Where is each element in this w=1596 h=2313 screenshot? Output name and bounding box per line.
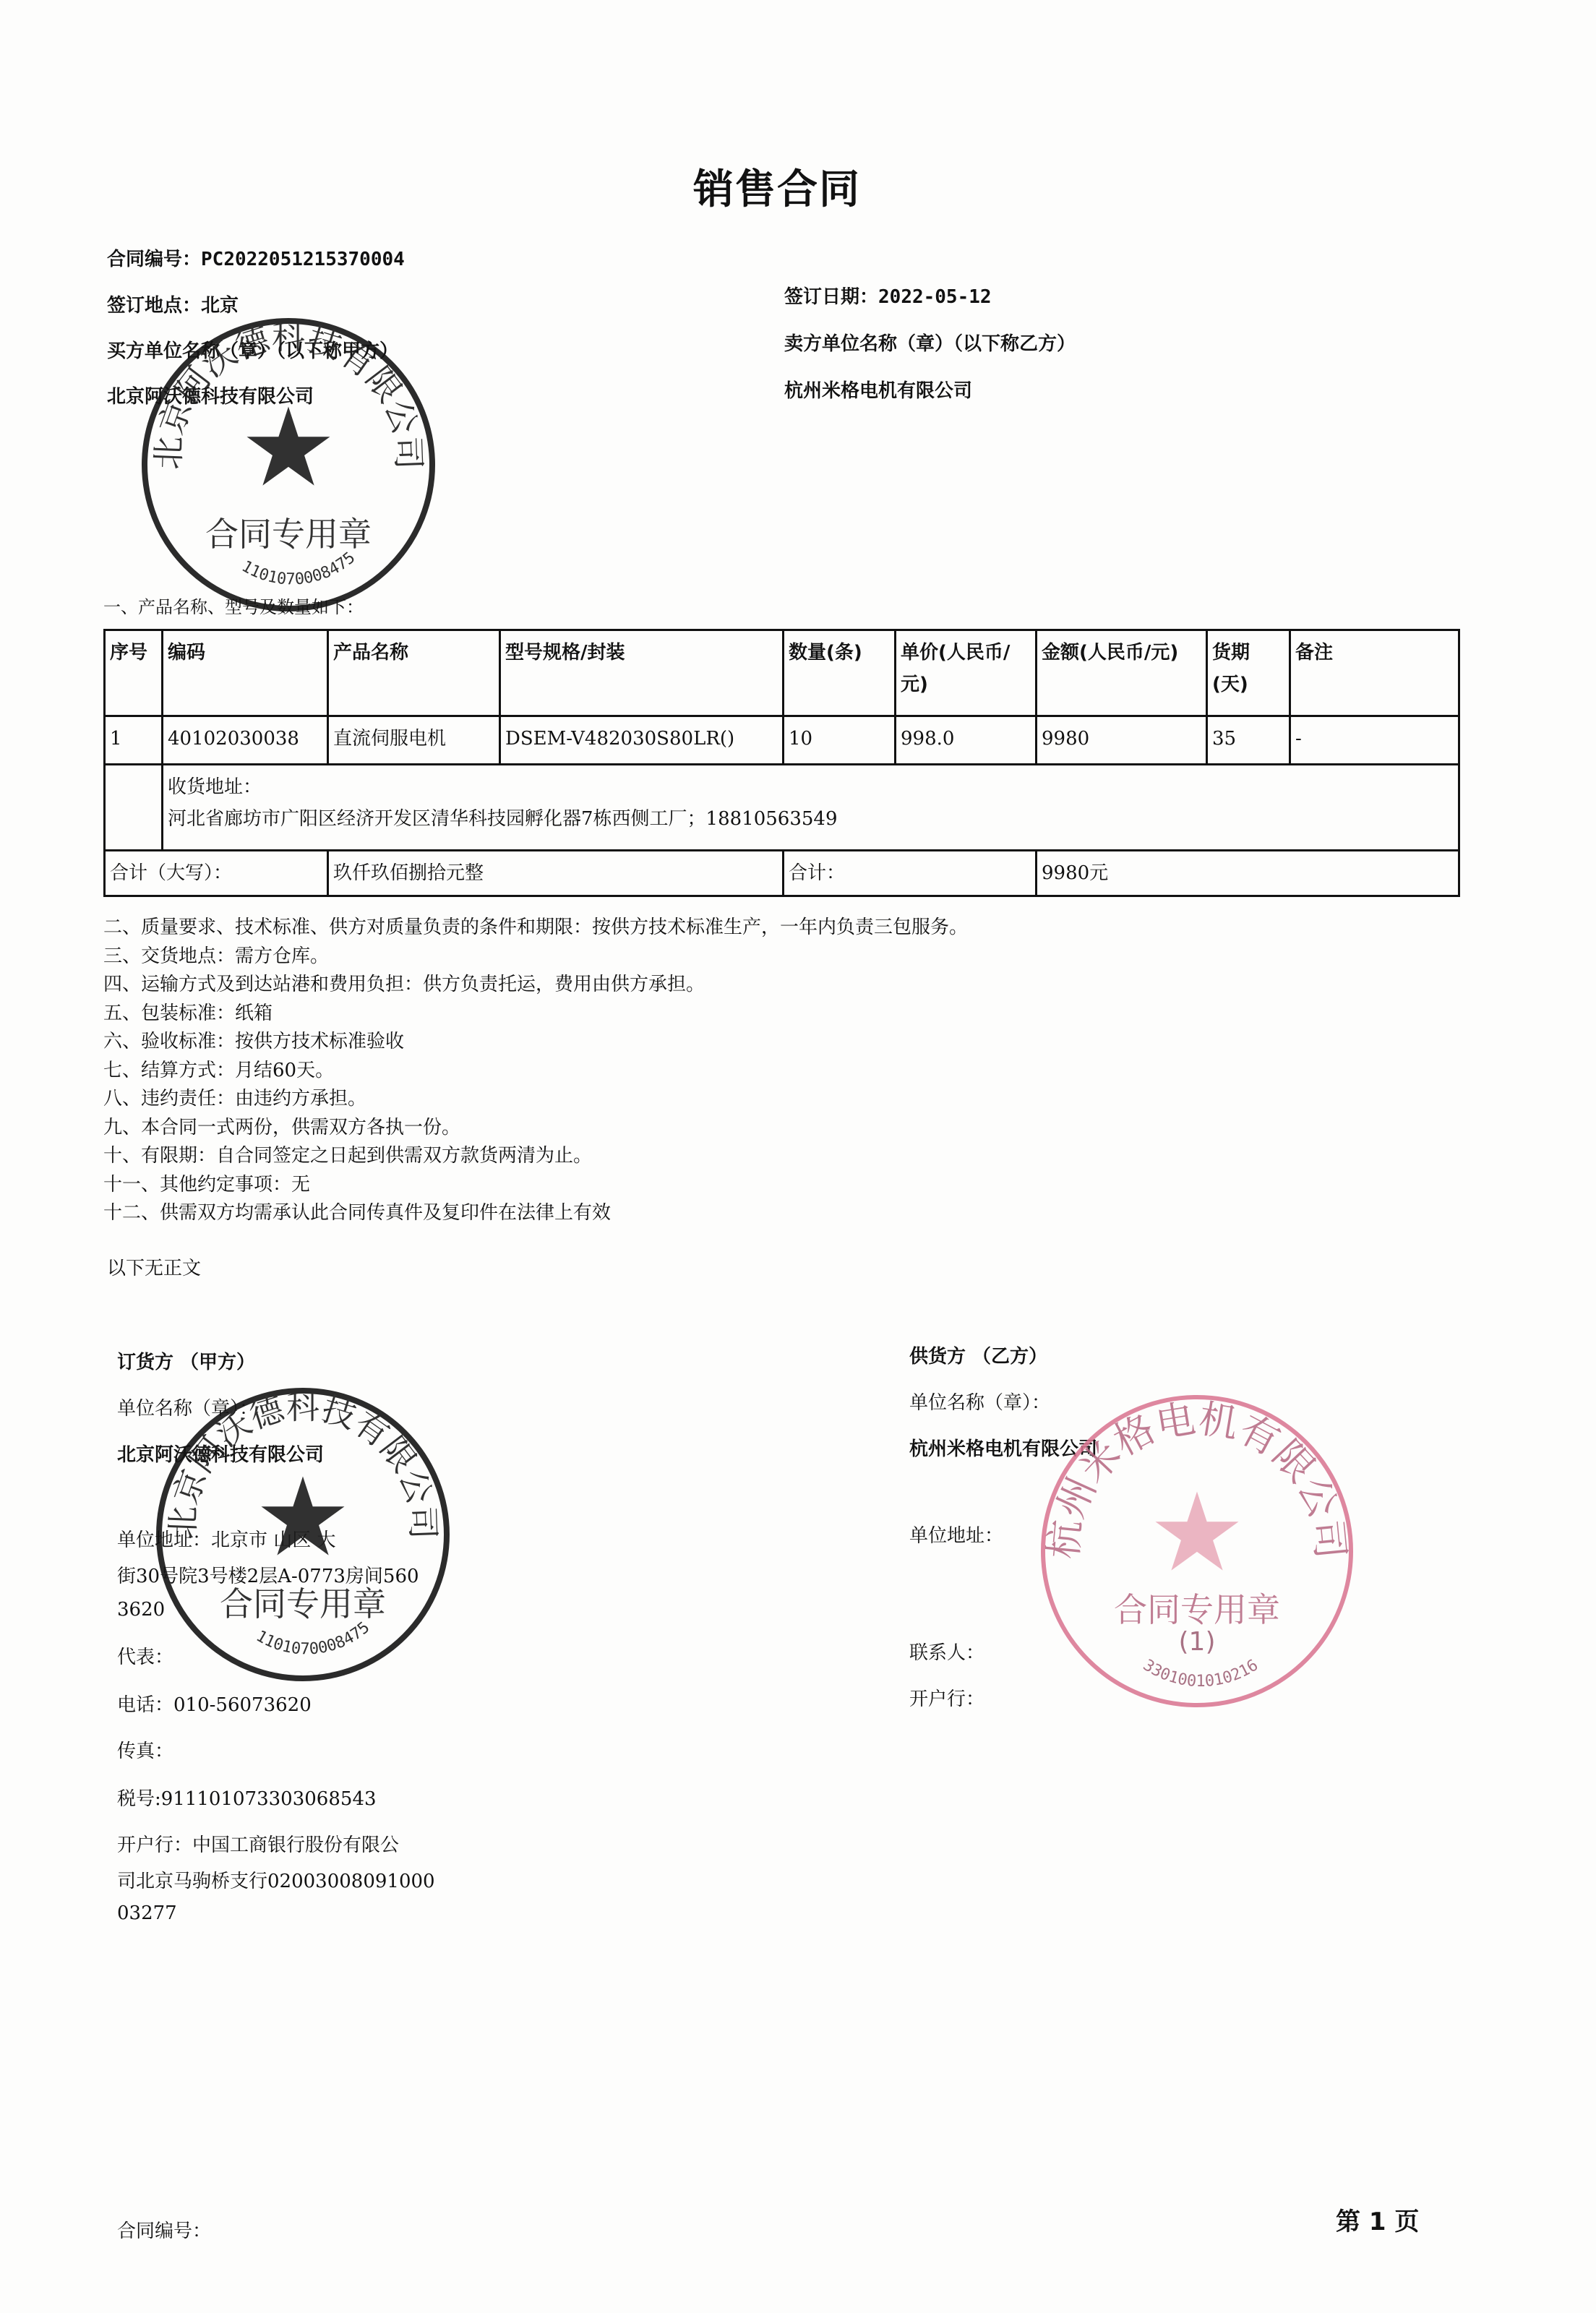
- col-header-lead-time: 货期(天): [1207, 630, 1290, 716]
- contract-number-value: PC2022051215370004: [201, 249, 405, 270]
- clause-item: 三、交货地点：需方仓库。: [103, 943, 968, 971]
- col-header-remark: 备注: [1290, 630, 1459, 716]
- party-a-bank-line1: 开户行：中国工商银行股份有限公: [117, 1830, 399, 1857]
- party-b-bank-label: 开户行：: [909, 1684, 984, 1711]
- col-header-seq: 序号: [105, 630, 163, 716]
- clause-item: 二、质量要求、技术标准、供方对质量负责的条件和期限：按供方技术标准生产，一年内负…: [103, 914, 968, 943]
- document-title: 销售合同: [0, 158, 1554, 215]
- sign-place-label: 签订地点：: [107, 295, 201, 317]
- cell-seq: 1: [105, 716, 163, 765]
- cell-model: DSEM-V482030S80LR(): [500, 716, 784, 765]
- clause-item: 十、有限期：自合同签定之日起到供需双方款货两清为止。: [103, 1142, 968, 1171]
- col-header-qty: 数量(条): [784, 630, 896, 716]
- party-a-tax-value: 911101073303068543: [161, 1788, 377, 1810]
- clause-item: 四、运输方式及到达站港和费用负担：供方负责托运，费用由供方承担。: [103, 971, 968, 1000]
- table-header-row: 序号 编码 产品名称 型号规格/封装 数量(条) 单价(人民币/元) 金额(人民…: [105, 630, 1459, 716]
- col-header-product: 产品名称: [328, 630, 500, 716]
- delivery-address: 河北省廊坊市广阳区经济开发区清华科技园孵化器7栋西侧工厂；18810563549: [168, 803, 1454, 835]
- svg-text:3301001010216: 3301001010216: [1140, 1656, 1261, 1691]
- delivery-address-row: 收货地址： 河北省廊坊市广阳区经济开发区清华科技园孵化器7栋西侧工厂；18810…: [105, 765, 1459, 851]
- seller-company-stamp: 杭州米格电机有限公司 3301001010216 ★ 合同专用章 (1): [1041, 1395, 1353, 1707]
- sign-date-value: 2022-05-12: [878, 286, 992, 308]
- sign-place: 签订地点：北京: [107, 291, 239, 317]
- buyer-company-stamp-signature: 北京阿沃德科技有限公司 1101070008475 ★ 合同专用章: [156, 1388, 450, 1681]
- total-upper-label: 合计（大写）：: [105, 851, 328, 896]
- cell-code: 40102030038: [163, 716, 328, 765]
- col-header-code: 编码: [163, 630, 328, 716]
- cell-qty: 10: [784, 716, 896, 765]
- party-a-address-line3: 3620: [117, 1599, 165, 1621]
- cell-lead-time: 35: [1207, 716, 1290, 765]
- buyer-company-stamp: 北京阿沃德科技有限公司 1101070008475 ★ 合同专用章: [142, 318, 435, 611]
- table-row: 1 40102030038 直流伺服电机 DSEM-V482030S80LR()…: [105, 716, 1459, 765]
- sign-place-value: 北京: [201, 295, 239, 317]
- cell-product: 直流伺服电机: [328, 716, 500, 765]
- star-icon: ★: [254, 1464, 351, 1572]
- seller-name: 杭州米格电机有限公司: [784, 376, 972, 403]
- clause-item: 六、验收标准：按供方技术标准验收: [103, 1028, 968, 1057]
- clause-item: 十一、其他约定事项：无: [103, 1171, 968, 1200]
- total-row: 合计（大写）： 玖仟玖佰捌拾元整 合计： 9980元: [105, 851, 1459, 896]
- buyer-stamp-center-text: 合同专用章: [147, 508, 429, 556]
- cell-unit-price: 998.0: [896, 716, 1037, 765]
- seller-stamp-sub-text: (1): [1045, 1627, 1349, 1657]
- sign-date-label: 签订日期：: [784, 286, 878, 308]
- party-a-phone-value: 010-56073620: [173, 1694, 312, 1716]
- party-b-heading: 供货方 （乙方）: [909, 1342, 1047, 1368]
- col-header-unit-price: 单价(人民币/元): [896, 630, 1037, 716]
- party-a-tax-label: 税号:: [117, 1788, 161, 1810]
- delivery-address-cell: 收货地址： 河北省廊坊市广阳区经济开发区清华科技园孵化器7栋西侧工厂；18810…: [163, 765, 1459, 851]
- party-a-tax: 税号:911101073303068543: [117, 1784, 377, 1811]
- party-a-phone-label: 电话：: [117, 1694, 173, 1716]
- total-label: 合计：: [784, 851, 1037, 896]
- star-icon: ★: [240, 394, 337, 502]
- party-a-phone: 电话：010-56073620: [117, 1690, 312, 1717]
- party-a-heading: 订货方 （甲方）: [117, 1347, 255, 1374]
- page-number: 第 1 页: [1336, 2202, 1419, 2237]
- cell-empty: [105, 765, 163, 851]
- contract-number-label: 合同编号：: [107, 249, 201, 270]
- clause-item: 八、违约责任：由违约方承担。: [103, 1085, 968, 1114]
- total-value: 9980元: [1037, 851, 1459, 896]
- footer-contract-number-label: 合同编号：: [117, 2216, 211, 2243]
- party-a-bank-line3: 03277: [117, 1902, 177, 1924]
- star-icon: ★: [1149, 1479, 1245, 1587]
- delivery-address-label: 收货地址：: [168, 771, 1454, 803]
- party-b-contact-label: 联系人：: [909, 1638, 984, 1665]
- total-upper-value: 玖仟玖佰捌拾元整: [328, 851, 784, 896]
- seller-stamp-center-text: 合同专用章: [1045, 1584, 1349, 1631]
- col-header-model: 型号规格/封装: [500, 630, 784, 716]
- clause-item: 七、结算方式：月结60天。: [103, 1057, 968, 1086]
- seller-heading: 卖方单位名称（章）（以下称乙方）: [784, 329, 1076, 356]
- party-a-fax-label: 传真：: [117, 1736, 173, 1763]
- cell-amount: 9980: [1037, 716, 1207, 765]
- cell-remark: -: [1290, 716, 1459, 765]
- contract-number: 合同编号：PC2022051215370004: [107, 244, 405, 271]
- clause-item: 十二、供需双方均需承认此合同传真件及复印件在法律上有效: [103, 1199, 968, 1228]
- clause-item: 五、包装标准：纸箱: [103, 1000, 968, 1029]
- clause-item: 九、本合同一式两份，供需双方各执一份。: [103, 1114, 968, 1143]
- col-header-amount: 金额(人民币/元): [1037, 630, 1207, 716]
- party-a-bank-line2: 司北京马驹桥支行02003008091000: [117, 1866, 435, 1893]
- party-b-unit-name-label: 单位名称（章）：: [909, 1388, 1050, 1415]
- contract-clauses: 二、质量要求、技术标准、供方对质量负责的条件和期限：按供方技术标准生产，一年内负…: [103, 914, 968, 1228]
- sign-date: 签订日期：2022-05-12: [784, 282, 992, 309]
- buyer-stamp-center-text-2: 合同专用章: [162, 1578, 444, 1626]
- party-b-address-label: 单位地址：: [909, 1521, 1003, 1548]
- end-note: 以下无正文: [107, 1253, 201, 1280]
- product-table: 序号 编码 产品名称 型号规格/封装 数量(条) 单价(人民币/元) 金额(人民…: [103, 629, 1460, 897]
